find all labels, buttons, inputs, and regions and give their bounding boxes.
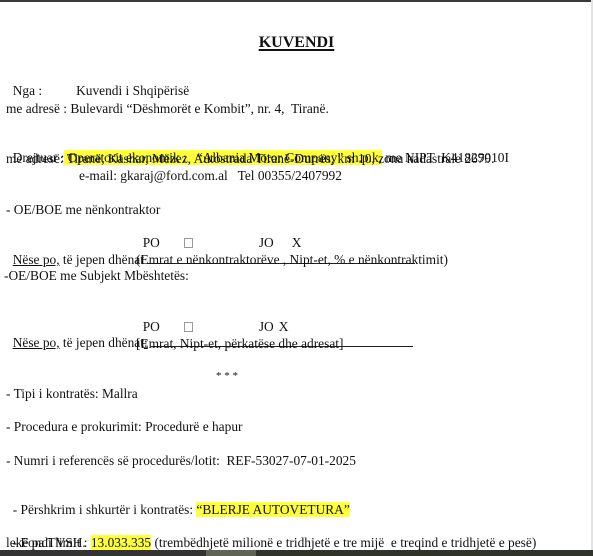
- supporting-hint: [Emrat, Nipt-et, përkatëse dhe adresat]: [136, 336, 343, 352]
- horizontal-scrollbar[interactable]: [0, 550, 593, 556]
- procurement-procedure: - Procedura e prokurimit: Procedurë e ha…: [6, 419, 242, 435]
- document-title: KUVENDI: [0, 34, 593, 52]
- window-top-bar: [0, 0, 593, 2]
- scrollbar-track-left: [0, 550, 206, 556]
- scrollbar-thumb[interactable]: [206, 550, 256, 556]
- description-label: - Përshkrim i shkurtër i kontratës:: [13, 502, 197, 517]
- operator-contact: e-mail: gkaraj@ford.com.al Tel 00355/240…: [79, 168, 342, 184]
- contract-type: - Tipi i kontratës: Mallra: [6, 386, 138, 402]
- reference-number: - Numri i referencës së procedurës/lotit…: [6, 453, 356, 469]
- operator-address: me adresë: Tiranë, Kashar, Mëzez, Autost…: [6, 151, 494, 167]
- supporting-entity-heading: -OE/BOE me Subjekt Mbështetës:: [4, 268, 189, 284]
- contract-description: - Përshkrim i shkurtër i kontratës: “BLE…: [6, 486, 350, 518]
- if-yes-rest: të jepen dhënat: [60, 252, 148, 267]
- separator: * * *: [216, 368, 238, 384]
- supporting-if-yes-label: Nëse po,: [13, 335, 60, 350]
- fund-limit-words: (trembëdhjetë milionë e tridhjetë e tre …: [151, 535, 536, 550]
- subcontractor-heading: - OE/BOE me nënkontraktor: [6, 202, 160, 218]
- from-address: me adresë : Bulevardi “Dëshmorët e Kombi…: [6, 101, 329, 117]
- supporting-if-yes-rest: të jepen dhënat: [60, 335, 144, 350]
- fund-limit-suffix: lekë pa TVSH.: [6, 535, 86, 551]
- if-yes-label: Nëse po,: [13, 252, 60, 267]
- from-value: Kuvendi i Shqipërisë: [76, 83, 189, 98]
- subcontractor-hint: (Emrat e nënkontraktorëve , Nipt-et, % e…: [136, 252, 448, 268]
- from-label: Nga :: [13, 83, 42, 98]
- from-line: Nga :Kuvendi i Shqipërisë: [6, 67, 189, 99]
- description-value: “BLERJE AUTOVETURA”: [196, 502, 349, 517]
- fund-limit-value: 13.033.335: [91, 535, 151, 550]
